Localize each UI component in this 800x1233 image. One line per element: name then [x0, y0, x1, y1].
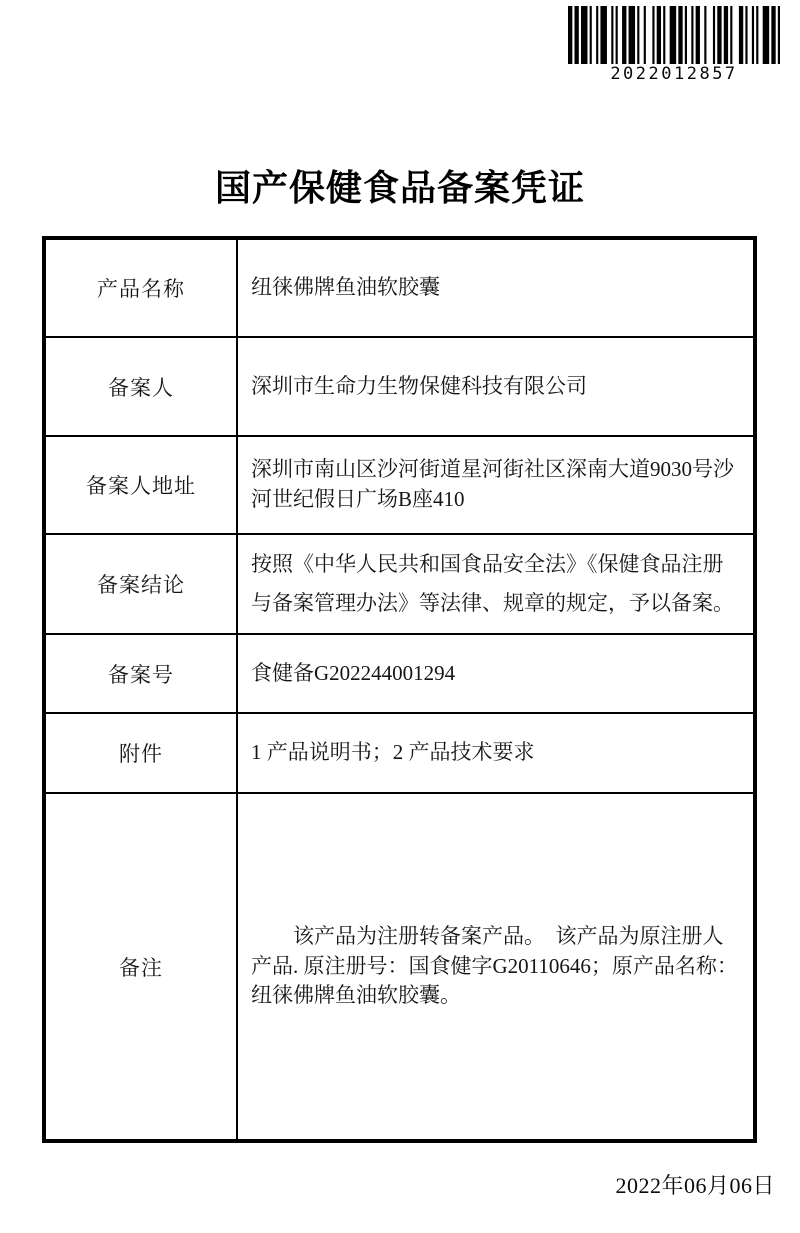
row-value: 纽徕佛牌鱼油软胶囊 [251, 273, 740, 303]
row-value: 1 产品说明书；2 产品技术要求 [251, 738, 740, 768]
barcode-number: 2022012857 [568, 64, 780, 84]
row-label: 备案人 [44, 337, 237, 436]
row-value: 深圳市南山区沙河街道星河街社区深南大道9030号沙河世纪假日广场B座410 [251, 455, 740, 515]
row-value-cell: 深圳市南山区沙河街道星河街社区深南大道9030号沙河世纪假日广场B座410 [237, 436, 755, 534]
row-value: 食健备G202244001294 [251, 659, 740, 689]
barcode-icon [568, 6, 780, 64]
row-value-cell: 纽徕佛牌鱼油软胶囊 [237, 238, 755, 337]
certificate-page: 2022012857 国产保健食品备案凭证 产品名称 纽徕佛牌鱼油软胶囊 备案人… [0, 0, 800, 1233]
row-label: 附件 [44, 713, 237, 793]
row-value-cell: 食健备G202244001294 [237, 634, 755, 713]
barcode: 2022012857 [568, 6, 780, 84]
issue-date: 2022年06月06日 [0, 1169, 800, 1200]
row-label: 备案号 [44, 634, 237, 713]
row-value-cell: 1 产品说明书；2 产品技术要求 [237, 713, 755, 793]
page-title: 国产保健食品备案凭证 [0, 160, 800, 211]
row-label: 备案人地址 [44, 436, 237, 534]
row-value: 深圳市生命力生物保健科技有限公司 [251, 372, 740, 402]
table-row-remark: 备注 该产品为注册转备案产品。 该产品为原注册人产品. 原注册号：国食健字G20… [44, 793, 755, 1141]
table-row-conclusion: 备案结论 按照《中华人民共和国食品安全法》《保健食品注册与备案管理办法》等法律、… [44, 534, 755, 634]
row-label: 备注 [44, 793, 237, 1141]
row-label: 产品名称 [44, 238, 237, 337]
row-value-cell: 深圳市生命力生物保健科技有限公司 [237, 337, 755, 436]
row-value-cell: 该产品为注册转备案产品。 该产品为原注册人产品. 原注册号：国食健字G20110… [237, 793, 755, 1141]
table-row-attachments: 附件 1 产品说明书；2 产品技术要求 [44, 713, 755, 793]
table-row-product-name: 产品名称 纽徕佛牌鱼油软胶囊 [44, 238, 755, 337]
row-value: 该产品为注册转备案产品。 该产品为原注册人产品. 原注册号：国食健字G20110… [251, 922, 740, 1010]
row-value: 按照《中华人民共和国食品安全法》《保健食品注册与备案管理办法》等法律、规章的规定… [251, 545, 740, 623]
table-row-record-number: 备案号 食健备G202244001294 [44, 634, 755, 713]
table-row-registrant: 备案人 深圳市生命力生物保健科技有限公司 [44, 337, 755, 436]
row-value-cell: 按照《中华人民共和国食品安全法》《保健食品注册与备案管理办法》等法律、规章的规定… [237, 534, 755, 634]
row-label: 备案结论 [44, 534, 237, 634]
table-row-registrant-address: 备案人地址 深圳市南山区沙河街道星河街社区深南大道9030号沙河世纪假日广场B座… [44, 436, 755, 534]
certificate-table: 产品名称 纽徕佛牌鱼油软胶囊 备案人 深圳市生命力生物保健科技有限公司 备案人地… [42, 236, 757, 1143]
